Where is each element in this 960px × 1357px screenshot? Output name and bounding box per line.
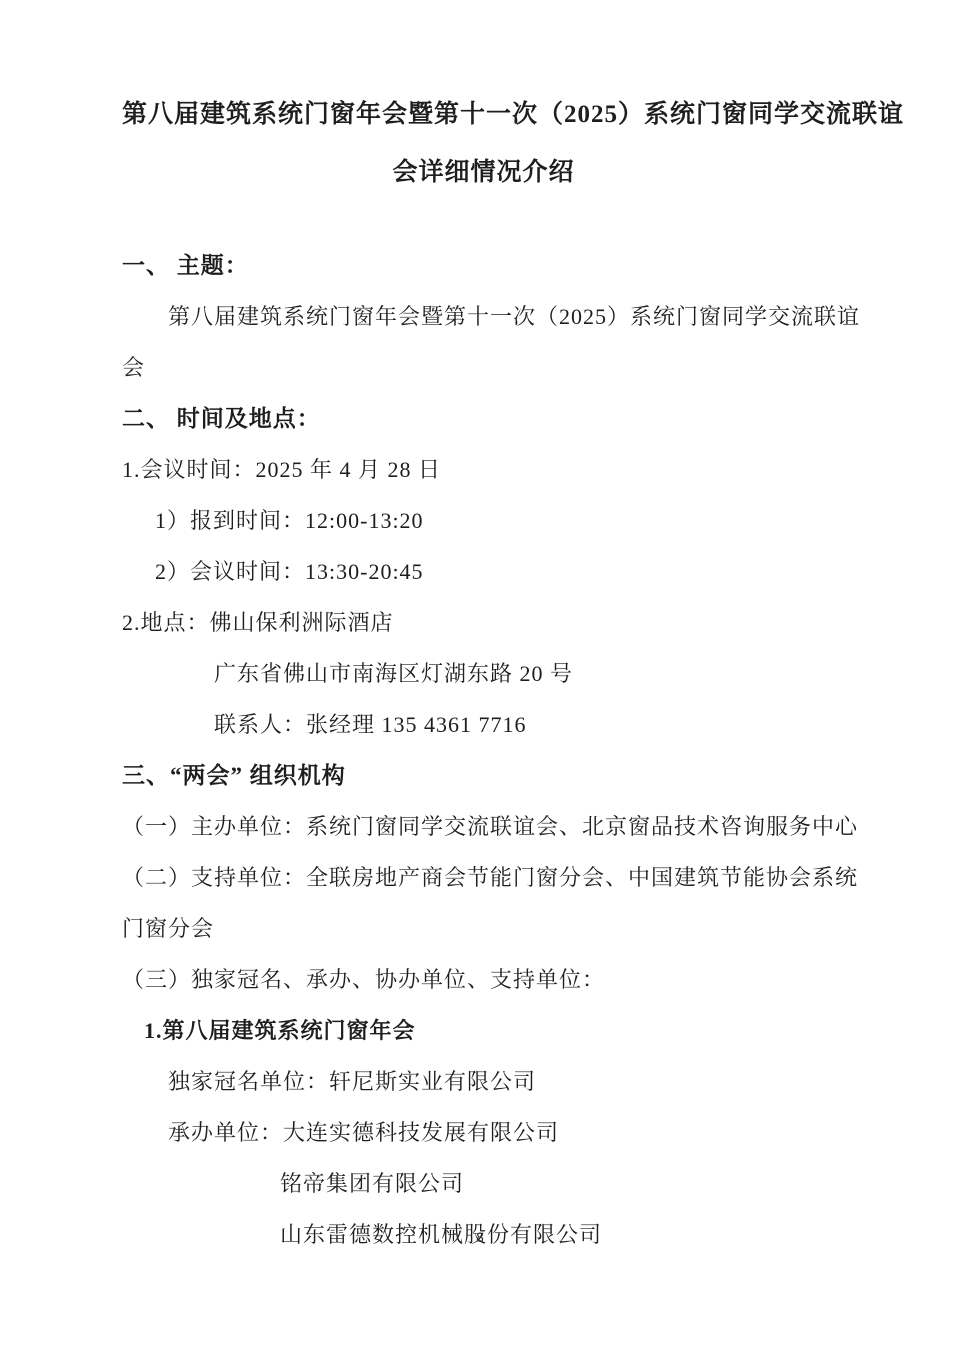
section-organization-heading: 三、“两会” 组织机构 [122,750,845,801]
meeting-time-line: 2）会议时间：13:30-20:45 [122,546,845,597]
meeting-date-line: 1.会议时间：2025 年 4 月 28 日 [122,444,845,495]
sponsors-label-line: （三）独家冠名、承办、协办单位、支持单位： [122,954,845,1005]
document-page: 第八届建筑系统门窗年会暨第十一次（2025）系统门窗同学交流联谊 会详细情况介绍… [0,0,960,1357]
venue-line: 2.地点：佛山保利洲际酒店 [122,597,845,648]
title-sponsor-line: 独家冠名单位：轩尼斯实业有限公司 [122,1056,845,1107]
document-body: 一、 主题： 第八届建筑系统门窗年会暨第十一次（2025）系统门窗同学交流联谊 … [122,240,845,1260]
section-theme-heading: 一、 主题： [122,240,845,291]
document-title-line-2: 会详细情况介绍 [122,144,845,202]
organizer-line-2: 铭帝集团有限公司 [122,1158,845,1209]
document-title: 第八届建筑系统门窗年会暨第十一次（2025）系统门窗同学交流联谊 会详细情况介绍 [122,86,845,202]
contact-line: 联系人：张经理 135 4361 7716 [122,699,845,750]
annual-meeting-heading: 1.第八届建筑系统门窗年会 [122,1005,845,1056]
host-unit-line: （一）主办单位：系统门窗同学交流联谊会、北京窗品技术咨询服务中心 [122,801,845,852]
organizer-line-1: 承办单位：大连实德科技发展有限公司 [122,1107,845,1158]
support-unit-line-1: （二）支持单位：全联房地产商会节能门窗分会、中国建筑节能协会系统 [122,852,845,903]
theme-body-line-2: 会 [122,342,845,393]
document-title-line-1: 第八届建筑系统门窗年会暨第十一次（2025）系统门窗同学交流联谊 [122,86,845,144]
support-unit-line-2: 门窗分会 [122,903,845,954]
page-number: 8 [0,1230,960,1247]
theme-body-line-1: 第八届建筑系统门窗年会暨第十一次（2025）系统门窗同学交流联谊 [122,291,845,342]
section-time-place-heading: 二、 时间及地点： [122,393,845,444]
address-line: 广东省佛山市南海区灯湖东路 20 号 [122,648,845,699]
registration-time-line: 1）报到时间：12:00-13:20 [122,495,845,546]
